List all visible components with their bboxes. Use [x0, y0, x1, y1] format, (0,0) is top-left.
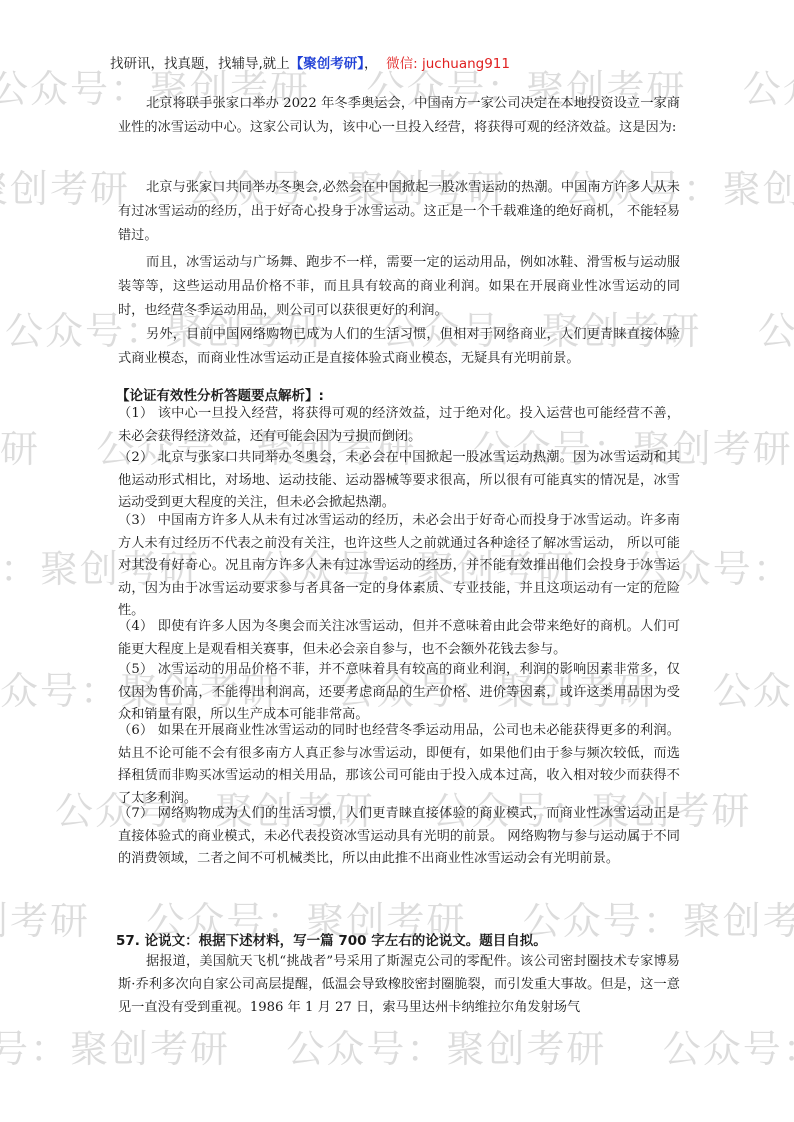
header-sep: ，: [364, 56, 378, 72]
analysis-item: （2） 北京与张家口共同举办冬奥会，未必会在中国掀起一股冰雪运动热潮。因为冰雪运…: [118, 447, 680, 515]
material-paragraph: 而且，冰雪运动与广场舞、跑步不一样，需要一定的运动用品，例如冰鞋、滑雪板与运动服…: [118, 251, 680, 323]
material-paragraph: 北京将联手张家口举办 2022 年冬季奥运会，中国南方一家公司决定在本地投资设立…: [118, 92, 680, 140]
material-paragraph: 另外，目前中国网络购物已成为人们的生活习惯，但相对于网络商业，人们更青睐直接体验…: [118, 323, 680, 371]
header-prefix: 找研讯，找真题，找辅导,就上: [110, 56, 290, 72]
analysis-item: （5） 冰雪运动的用品价格不菲，并不意味着具有较高的商业利润，利润的影响因素非常…: [118, 659, 680, 727]
analysis-item: （4） 即使有许多人因为冬奥会而关注冰雪运动，但并不意味着由此会带来绝好的商机。…: [118, 616, 680, 661]
analysis-item: （7） 网络购物成为人们的生活习惯，人们更青睐直接体验的商业模式，而商业性冰雪运…: [118, 803, 680, 871]
question-57-heading: 57. 论说文：根据下述材料，写一篇 700 字左右的论说文。题目自拟。: [116, 929, 547, 949]
analysis-heading: 【论证有效性分析答题要点解析】:: [116, 384, 324, 404]
analysis-item: （3） 中国南方许多人从未有过冰雪运动的经历，未必会出于好奇心而投身于冰雪运动。…: [118, 510, 680, 623]
page-header: 找研讯，找真题，找辅导,就上【聚创考研】， 微信: juchuang911: [110, 52, 510, 72]
question-57-paragraph: 据报道，美国航天飞机“挑战者”号采用了斯渥克公司的零配件。该公司密封圈技术专家博…: [118, 950, 680, 1019]
analysis-item: （6） 如果在开展商业性冰雪运动的同时也经营冬季运动用品，公司也未必能获得更多的…: [118, 720, 680, 810]
header-wechat: 微信: juchuang911: [386, 56, 510, 72]
material-paragraph: 北京与张家口共同举办冬奥会,必然会在中国掀起一股冰雪运动的热潮。中国南方许多人从…: [118, 176, 680, 248]
analysis-item: （1） 该中心一旦投入经营，将获得可观的经济效益，过于绝对化。投入运营也可能经营…: [118, 403, 680, 448]
header-brand: 【聚创考研】: [290, 56, 364, 72]
watermark-row: 公众号：聚创考研 公众号：聚创考研 公众号：聚创考研: [0, 1018, 794, 1073]
